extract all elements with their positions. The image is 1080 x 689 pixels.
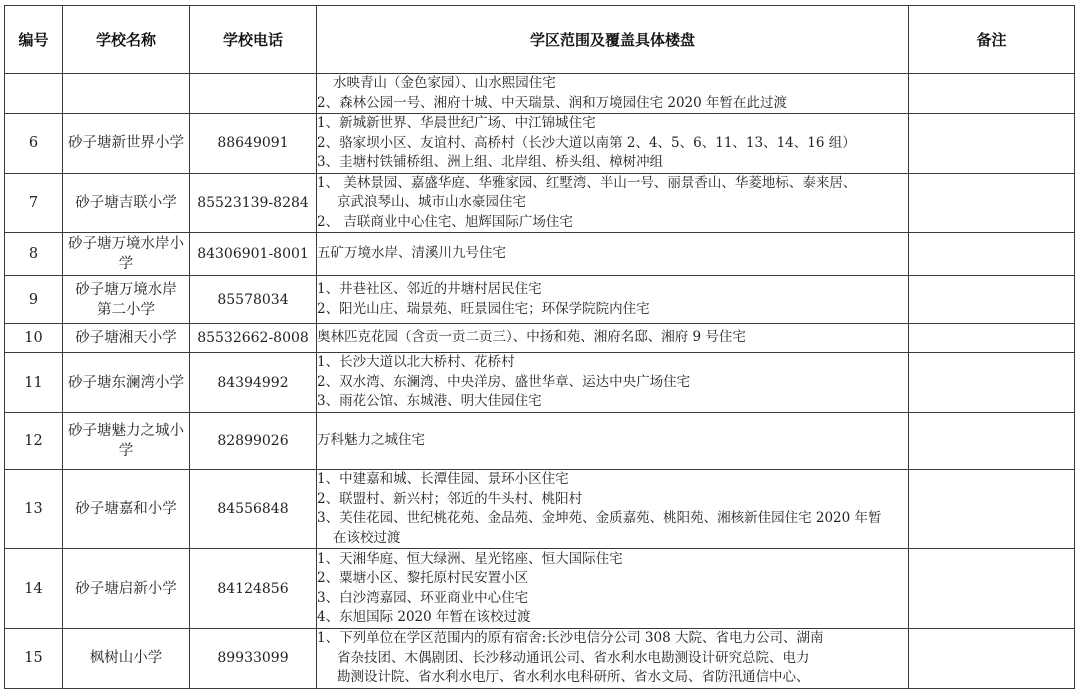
scope-line: 1、新城新世界、华晨世纪广场、中江锦城住宅 (317, 114, 908, 134)
cell-school-name: 砂子塘嘉和小学 (63, 470, 190, 549)
header-school-phone: 学校电话 (190, 6, 317, 74)
cell-district-scope: 水映青山（金色家园）、山水熙园住宅 2、森林公园一号、湘府十城、中天瑞景、润和万… (317, 74, 909, 114)
cell-number: 14 (5, 549, 63, 629)
cell-school-phone: 82899026 (190, 413, 317, 470)
scope-line: 2、骆家坝小区、友谊村、高桥村（长沙大道以南第 2、4、5、6、11、13、14… (317, 134, 908, 154)
scope-line: 万科魅力之城住宅 (317, 431, 908, 451)
cell-remarks (909, 173, 1075, 233)
cell-school-name (63, 74, 190, 114)
cell-number (5, 74, 63, 114)
table-row: 10 砂子塘湘天小学 85532662-8008 奥林匹克花园（含贡一贡二贡三）… (5, 324, 1075, 353)
table-row: 12 砂子塘魅力之城小学 82899026 万科魅力之城住宅 (5, 413, 1075, 470)
cell-district-scope: 1、中建嘉和城、长潭佳园、景环小区住宅 2、联盟村、新兴村；邻近的牛头村、桃阳村… (317, 470, 909, 549)
cell-number: 10 (5, 324, 63, 353)
cell-remarks (909, 74, 1075, 114)
scope-line: 水映青山（金色家园）、山水熙园住宅 (317, 74, 908, 94)
scope-line: 3、芙佳花园、世纪桃花苑、金品苑、金坤苑、金质嘉苑、桃阳苑、湘核新佳园住宅 20… (317, 509, 908, 529)
cell-remarks (909, 413, 1075, 470)
cell-remarks (909, 629, 1075, 689)
scope-line: 3、圭塘村铁铺桥组、洲上组、北岸组、桥头组、樟树冲组 (317, 153, 908, 173)
cell-remarks (909, 324, 1075, 353)
cell-district-scope: 1、下列单位在学区范围内的原有宿舍:长沙电信分公司 308 大院、省电力公司、湖… (317, 629, 909, 689)
cell-school-phone: 85532662-8008 (190, 324, 317, 353)
cell-school-phone: 84124856 (190, 549, 317, 629)
table-row: 14 砂子塘启新小学 84124856 1、天湘华庭、恒大绿洲、星光铭座、恒大国… (5, 549, 1075, 629)
table-row: 7 砂子塘吉联小学 85523139-8284 1、 美林景园、嘉盛华庭、华雅家… (5, 173, 1075, 233)
cell-number: 9 (5, 276, 63, 324)
cell-school-name: 砂子塘湘天小学 (63, 324, 190, 353)
cell-number: 8 (5, 233, 63, 276)
table-row: 6 砂子塘新世界小学 88649091 1、新城新世界、华晨世纪广场、中江锦城住… (5, 114, 1075, 174)
cell-school-name: 砂子塘万境水岸小学 (63, 233, 190, 276)
cell-number: 13 (5, 470, 63, 549)
cell-number: 12 (5, 413, 63, 470)
scope-line: 1、井巷社区、邻近的井塘村居民住宅 (317, 280, 908, 300)
cell-number: 11 (5, 353, 63, 413)
cell-school-name: 砂子塘万境水岸第二小学 (63, 276, 190, 324)
header-row: 编号 学校名称 学校电话 学区范围及覆盖具体楼盘 备注 (5, 6, 1075, 74)
cell-school-name: 砂子塘魅力之城小学 (63, 413, 190, 470)
header-number: 编号 (5, 6, 63, 74)
cell-district-scope: 奥林匹克花园（含贡一贡二贡三）、中扬和苑、湘府名邸、湘府 9 号住宅 (317, 324, 909, 353)
scope-line: 奥林匹克花园（含贡一贡二贡三）、中扬和苑、湘府名邸、湘府 9 号住宅 (317, 328, 908, 348)
cell-district-scope: 1、井巷社区、邻近的井塘村居民住宅 2、阳光山庄、瑞景苑、旺景园住宅；环保学院院… (317, 276, 909, 324)
cell-school-name: 砂子塘东澜湾小学 (63, 353, 190, 413)
cell-school-phone: 84556848 (190, 470, 317, 549)
cell-school-name: 砂子塘启新小学 (63, 549, 190, 629)
table-row: 15 枫树山小学 89933099 1、下列单位在学区范围内的原有宿舍:长沙电信… (5, 629, 1075, 689)
header-district-scope: 学区范围及覆盖具体楼盘 (317, 6, 909, 74)
cell-remarks (909, 276, 1075, 324)
table-row: 9 砂子塘万境水岸第二小学 85578034 1、井巷社区、邻近的井塘村居民住宅… (5, 276, 1075, 324)
cell-school-name: 砂子塘吉联小学 (63, 173, 190, 233)
cell-number: 6 (5, 114, 63, 174)
scope-line: 3、雨花公馆、东城港、明大佳园住宅 (317, 392, 908, 412)
scope-line: 京武浪琴山、城市山水豪园住宅 (317, 193, 908, 213)
table-row: 8 砂子塘万境水岸小学 84306901-8001 五矿万境水岸、清溪川九号住宅 (5, 233, 1075, 276)
cell-remarks (909, 470, 1075, 549)
scope-line: 1、中建嘉和城、长潭佳园、景环小区住宅 (317, 470, 908, 490)
scope-line: 2、阳光山庄、瑞景苑、旺景园住宅；环保学院院内住宅 (317, 300, 908, 320)
scope-line: 1、天湘华庭、恒大绿洲、星光铭座、恒大国际住宅 (317, 550, 908, 570)
cell-school-name: 砂子塘新世界小学 (63, 114, 190, 174)
table-row: 13 砂子塘嘉和小学 84556848 1、中建嘉和城、长潭佳园、景环小区住宅 … (5, 470, 1075, 549)
scope-line: 1、下列单位在学区范围内的原有宿舍:长沙电信分公司 308 大院、省电力公司、湖… (317, 629, 908, 649)
cell-district-scope: 1、长沙大道以北大桥村、花桥村 2、双水湾、东澜湾、中央洋房、盛世华章、运达中央… (317, 353, 909, 413)
cell-school-phone (190, 74, 317, 114)
scope-line: 2、联盟村、新兴村；邻近的牛头村、桃阳村 (317, 490, 908, 510)
table-row-continuation: 水映青山（金色家园）、山水熙园住宅 2、森林公园一号、湘府十城、中天瑞景、润和万… (5, 74, 1075, 114)
cell-school-phone: 84306901-8001 (190, 233, 317, 276)
cell-district-scope: 万科魅力之城住宅 (317, 413, 909, 470)
header-school-name: 学校名称 (63, 6, 190, 74)
cell-district-scope: 五矿万境水岸、清溪川九号住宅 (317, 233, 909, 276)
header-remarks: 备注 (909, 6, 1075, 74)
scope-line: 2、 吉联商业中心住宅、旭辉国际广场住宅 (317, 213, 908, 233)
school-district-table: 编号 学校名称 学校电话 学区范围及覆盖具体楼盘 备注 水映青山（金色家园）、山… (4, 5, 1075, 689)
cell-remarks (909, 353, 1075, 413)
cell-school-phone: 89933099 (190, 629, 317, 689)
cell-school-phone: 84394992 (190, 353, 317, 413)
cell-school-phone: 85578034 (190, 276, 317, 324)
scope-line: 勘测设计院、省水利水电厅、省水利水电科研所、省水文局、省防汛通信中心、 (317, 668, 908, 688)
cell-remarks (909, 549, 1075, 629)
scope-line: 2、森林公园一号、湘府十城、中天瑞景、润和万境园住宅 2020 年暂在此过渡 (317, 94, 908, 114)
scope-line: 五矿万境水岸、清溪川九号住宅 (317, 244, 908, 264)
cell-number: 7 (5, 173, 63, 233)
cell-school-phone: 88649091 (190, 114, 317, 174)
cell-number: 15 (5, 629, 63, 689)
cell-district-scope: 1、天湘华庭、恒大绿洲、星光铭座、恒大国际住宅 2、粟塘小区、黎托原村民安置小区… (317, 549, 909, 629)
scope-line: 2、粟塘小区、黎托原村民安置小区 (317, 569, 908, 589)
table-row: 11 砂子塘东澜湾小学 84394992 1、长沙大道以北大桥村、花桥村 2、双… (5, 353, 1075, 413)
scope-line: 省杂技团、木偶剧团、长沙移动通讯公司、省水利水电勘测设计研究总院、电力 (317, 649, 908, 669)
cell-district-scope: 1、新城新世界、华晨世纪广场、中江锦城住宅 2、骆家坝小区、友谊村、高桥村（长沙… (317, 114, 909, 174)
scope-line: 4、东旭国际 2020 年暂在该校过渡 (317, 608, 908, 628)
scope-line: 在该校过渡 (317, 529, 908, 549)
cell-district-scope: 1、 美林景园、嘉盛华庭、华雅家园、红墅湾、半山一号、丽景香山、华菱地标、泰来居… (317, 173, 909, 233)
scope-line: 1、长沙大道以北大桥村、花桥村 (317, 353, 908, 373)
cell-remarks (909, 233, 1075, 276)
scope-line: 1、 美林景园、嘉盛华庭、华雅家园、红墅湾、半山一号、丽景香山、华菱地标、泰来居… (317, 174, 908, 194)
cell-school-phone: 85523139-8284 (190, 173, 317, 233)
scope-line: 3、白沙湾嘉园、环亚商业中心住宅 (317, 589, 908, 609)
cell-remarks (909, 114, 1075, 174)
cell-school-name: 枫树山小学 (63, 629, 190, 689)
scope-line: 2、双水湾、东澜湾、中央洋房、盛世华章、运达中央广场住宅 (317, 373, 908, 393)
